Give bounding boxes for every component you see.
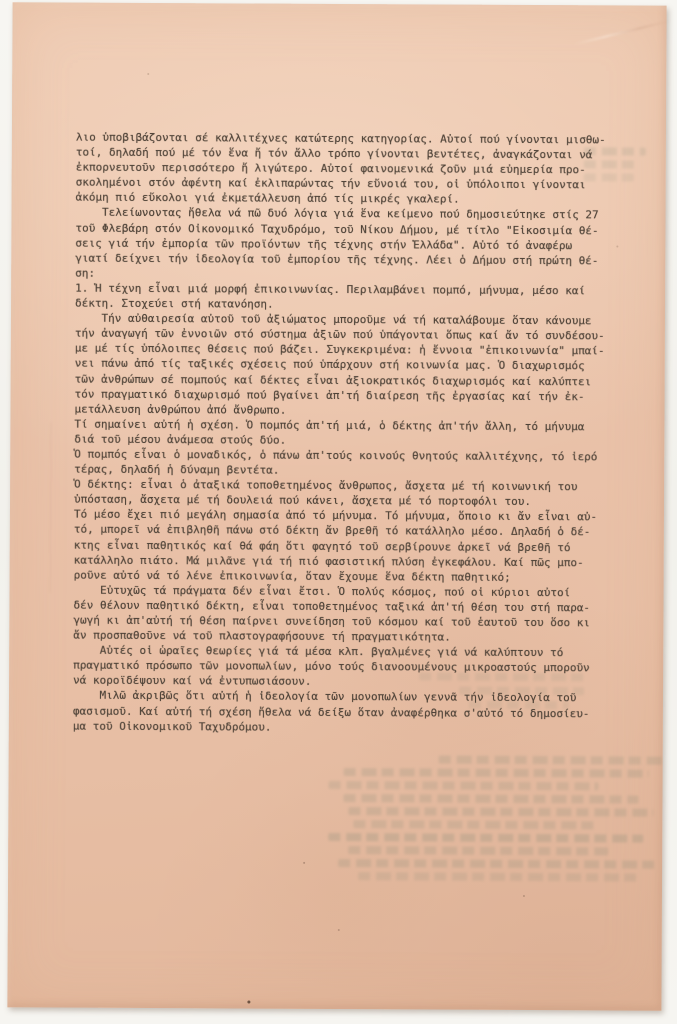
bleed-through-line [329,781,599,790]
paper-speck [338,929,340,931]
paper-sheet: λιο ὑποβιβάζονται σέ καλλιτέχνες κατώτερ… [7,2,666,1010]
scan-background: λιο ὑποβιβάζονται σέ καλλιτέχνες κατώτερ… [0,0,677,1024]
bleed-through-line [343,794,638,804]
bleed-through-line [439,756,664,765]
bleed-through-line [358,872,638,881]
paper-speck [523,895,525,897]
text-line: γιατί δείχνει τήν ἰδεολογία τοῦ ἐμπορίου… [75,250,623,268]
text-line: μα τοῦ Οἰκονομικοῦ Ταχυδρόμου. [73,718,621,736]
paper-speck [616,245,618,247]
bleed-through-line [348,846,608,855]
bleed-through-line [338,859,658,869]
paper-speck [247,1001,250,1004]
paper-speck [303,862,305,864]
bleed-through-line [348,807,653,817]
bleed-through-line [344,768,649,778]
paper-speck [147,73,149,75]
typewritten-text: λιο ὑποβιβάζονται σέ καλλιτέχνες κατώτερ… [73,130,624,737]
bleed-through-line [328,833,643,843]
bleed-through-line [353,820,598,829]
